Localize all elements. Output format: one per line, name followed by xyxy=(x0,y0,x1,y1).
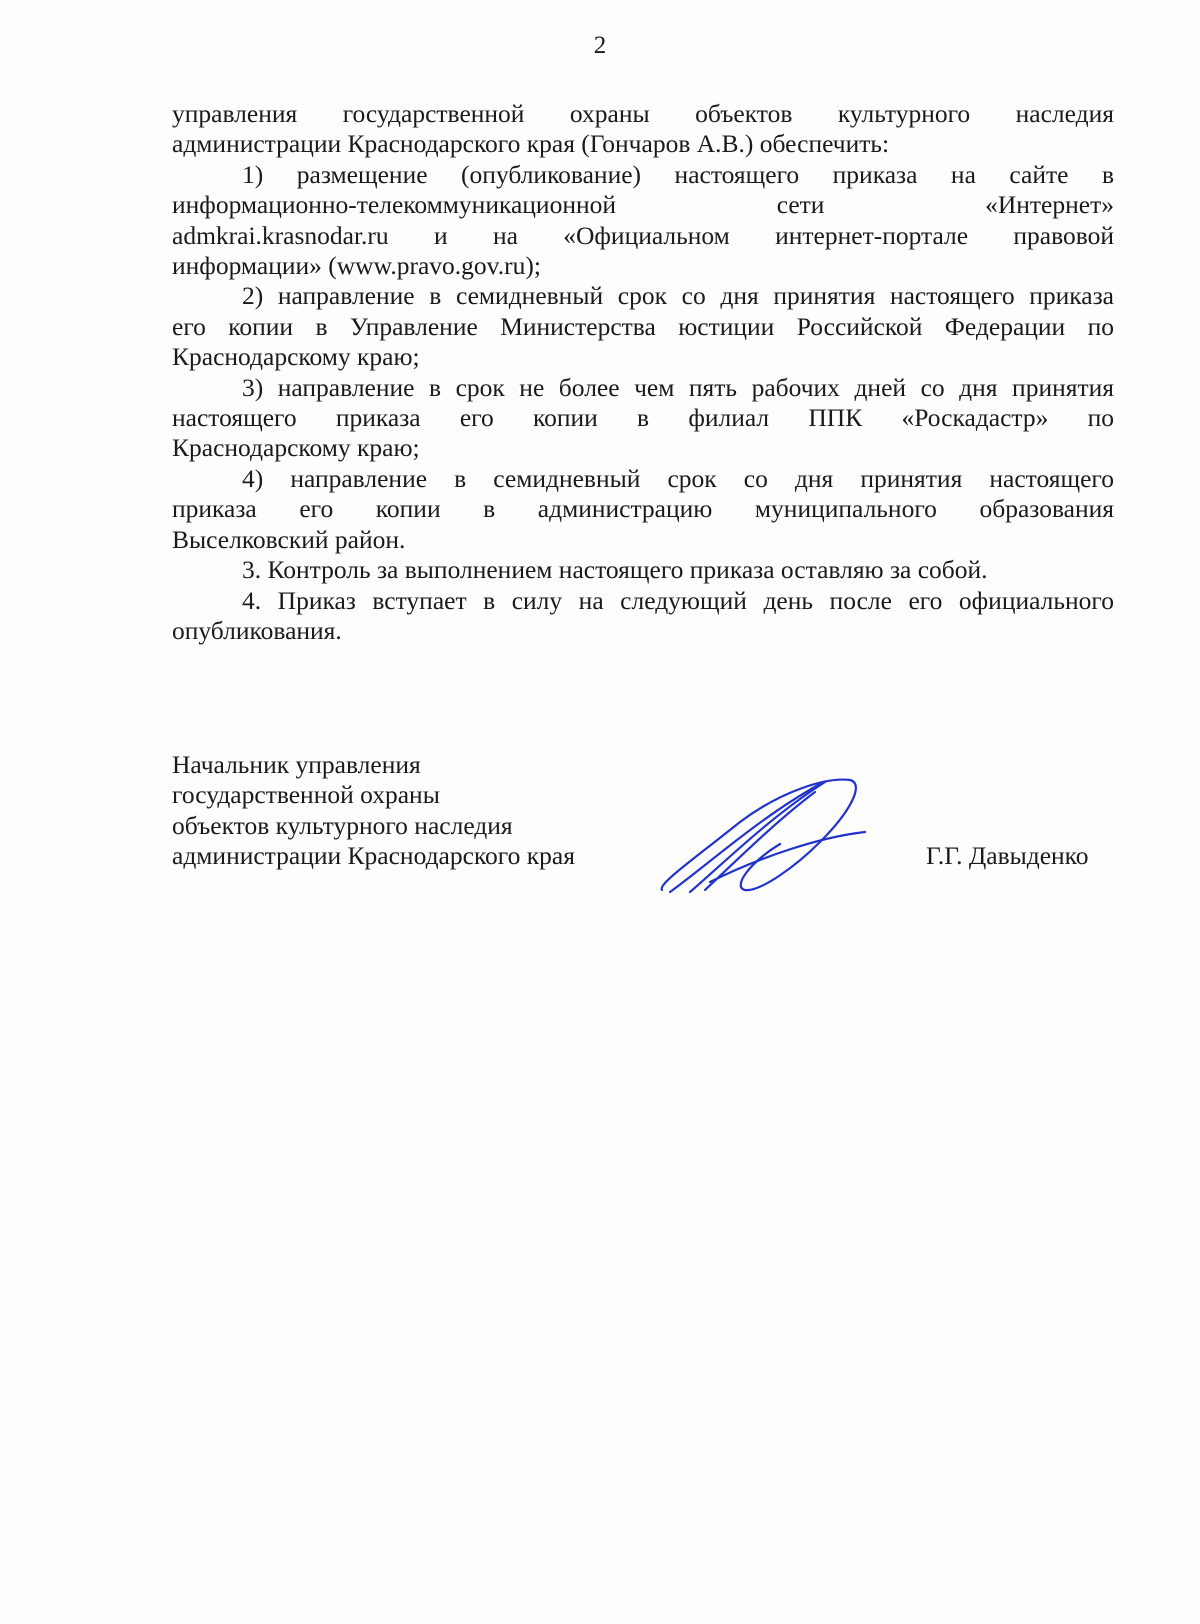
text-line: 2) направление в семидневный срок со дня… xyxy=(172,281,1114,311)
page-number: 2 xyxy=(0,30,1200,62)
text-line: Выселковский район. xyxy=(172,525,1114,555)
text-line: его копии в Управление Министерства юсти… xyxy=(172,312,1114,342)
text-line: опубликования. xyxy=(172,616,1114,646)
document-page: 2 управления государственной охраны объе… xyxy=(0,0,1200,1624)
text-line: информации» (www.pravo.gov.ru); xyxy=(172,251,1114,281)
text-line: admkrai.krasnodar.ru и на «Официальном и… xyxy=(172,221,1114,251)
text-line: управления государственной охраны объект… xyxy=(172,99,1114,129)
handwritten-signature-icon xyxy=(650,772,890,902)
text-line: 3) направление в срок не более чем пять … xyxy=(172,373,1114,403)
text-line: Краснодарскому краю; xyxy=(172,342,1114,372)
text-line: 4) направление в семидневный срок со дня… xyxy=(172,464,1114,494)
text-line: приказа его копии в администрацию муници… xyxy=(172,494,1114,524)
text-line: администрации Краснодарского края (Гонча… xyxy=(172,129,1114,159)
text-line: 3. Контроль за выполнением настоящего пр… xyxy=(172,555,1114,585)
position-line: объектов культурного наследия xyxy=(172,811,575,841)
text-line: настоящего приказа его копии в филиал ПП… xyxy=(172,403,1114,433)
position-line: администрации Краснодарского края xyxy=(172,841,575,871)
signer-position: Начальник управления государственной охр… xyxy=(172,750,575,872)
document-body: управления государственной охраны объект… xyxy=(172,99,1114,646)
signer-name: Г.Г. Давыденко xyxy=(926,841,1089,871)
text-line: информационно-телекоммуникационной сети … xyxy=(172,190,1114,220)
text-line: 1) размещение (опубликование) настоящего… xyxy=(172,160,1114,190)
text-line: 4. Приказ вступает в силу на следующий д… xyxy=(172,586,1114,616)
position-line: государственной охраны xyxy=(172,780,575,810)
position-line: Начальник управления xyxy=(172,750,575,780)
text-line: Краснодарскому краю; xyxy=(172,433,1114,463)
